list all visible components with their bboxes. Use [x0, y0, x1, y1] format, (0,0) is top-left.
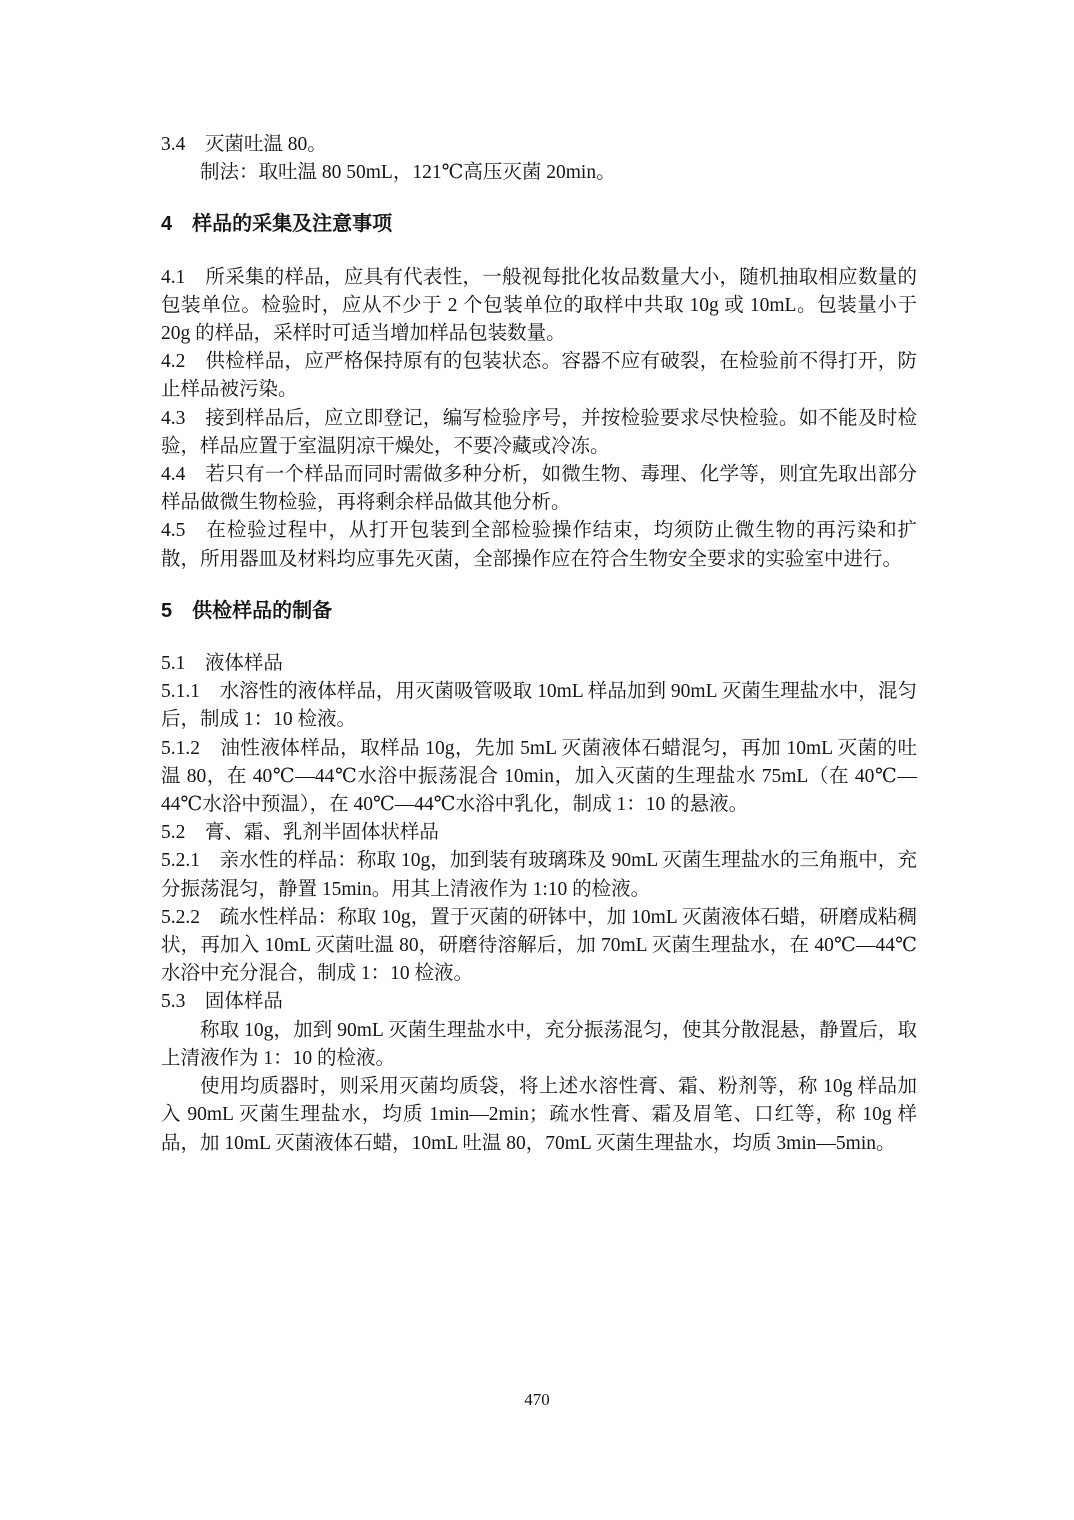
- item-4-4: 4.4 若只有一个样品而同时需做多种分析，如微生物、毒理、化学等，则宜先取出部分…: [161, 461, 917, 517]
- item-5-1-2: 5.1.2 油性液体样品，取样品 10g，先加 5mL 灭菌液体石蜡混匀，再加 …: [161, 735, 917, 820]
- item-5-1: 5.1 液体样品: [161, 650, 917, 678]
- item-5-3: 5.3 固体样品: [161, 988, 917, 1016]
- item-4-1: 4.1 所采集的样品，应具有代表性，一般视每批化妆品数量大小，随机抽取相应数量的…: [161, 264, 917, 349]
- section-4-heading: 4 样品的采集及注意事项: [161, 210, 917, 238]
- section-5-heading: 5 供检样品的制备: [161, 597, 917, 625]
- item-5-1-1: 5.1.1 水溶性的液体样品，用灭菌吸管吸取 10mL 样品加到 90mL 灭菌…: [161, 678, 917, 734]
- page-number: 470: [0, 1388, 1074, 1412]
- item-5-2-2: 5.2.2 疏水性样品：称取 10g，置于灭菌的研钵中，加 10mL 灭菌液体石…: [161, 904, 917, 989]
- solid-sample-para: 称取 10g，加到 90mL 灭菌生理盐水中，充分振荡混匀，使其分散混悬，静置后…: [161, 1017, 917, 1073]
- document-page: 3.4 灭菌吐温 80。 制法：取吐温 80 50mL，121℃高压灭菌 20m…: [0, 0, 1074, 1520]
- item-5-2-1: 5.2.1 亲水性的样品：称取 10g，加到装有玻璃珠及 90mL 灭菌生理盐水…: [161, 847, 917, 903]
- item-4-2: 4.2 供检样品，应严格保持原有的包装状态。容器不应有破裂，在检验前不得打开，防…: [161, 348, 917, 404]
- homogenizer-para: 使用均质器时，则采用灭菌均质袋，将上述水溶性膏、霜、粉剂等，称 10g 样品加入…: [161, 1073, 917, 1158]
- item-3-4: 3.4 灭菌吐温 80。: [161, 131, 917, 159]
- item-4-3: 4.3 接到样品后，应立即登记，编写检验序号，并按检验要求尽快检验。如不能及时检…: [161, 405, 917, 461]
- item-4-5: 4.5 在检验过程中，从打开包装到全部检验操作结束，均须防止微生物的再污染和扩散…: [161, 517, 917, 573]
- document-body: 3.4 灭菌吐温 80。 制法：取吐温 80 50mL，121℃高压灭菌 20m…: [161, 131, 917, 1158]
- preparation-note: 制法：取吐温 80 50mL，121℃高压灭菌 20min。: [161, 159, 917, 187]
- item-5-2: 5.2 膏、霜、乳剂半固体状样品: [161, 819, 917, 847]
